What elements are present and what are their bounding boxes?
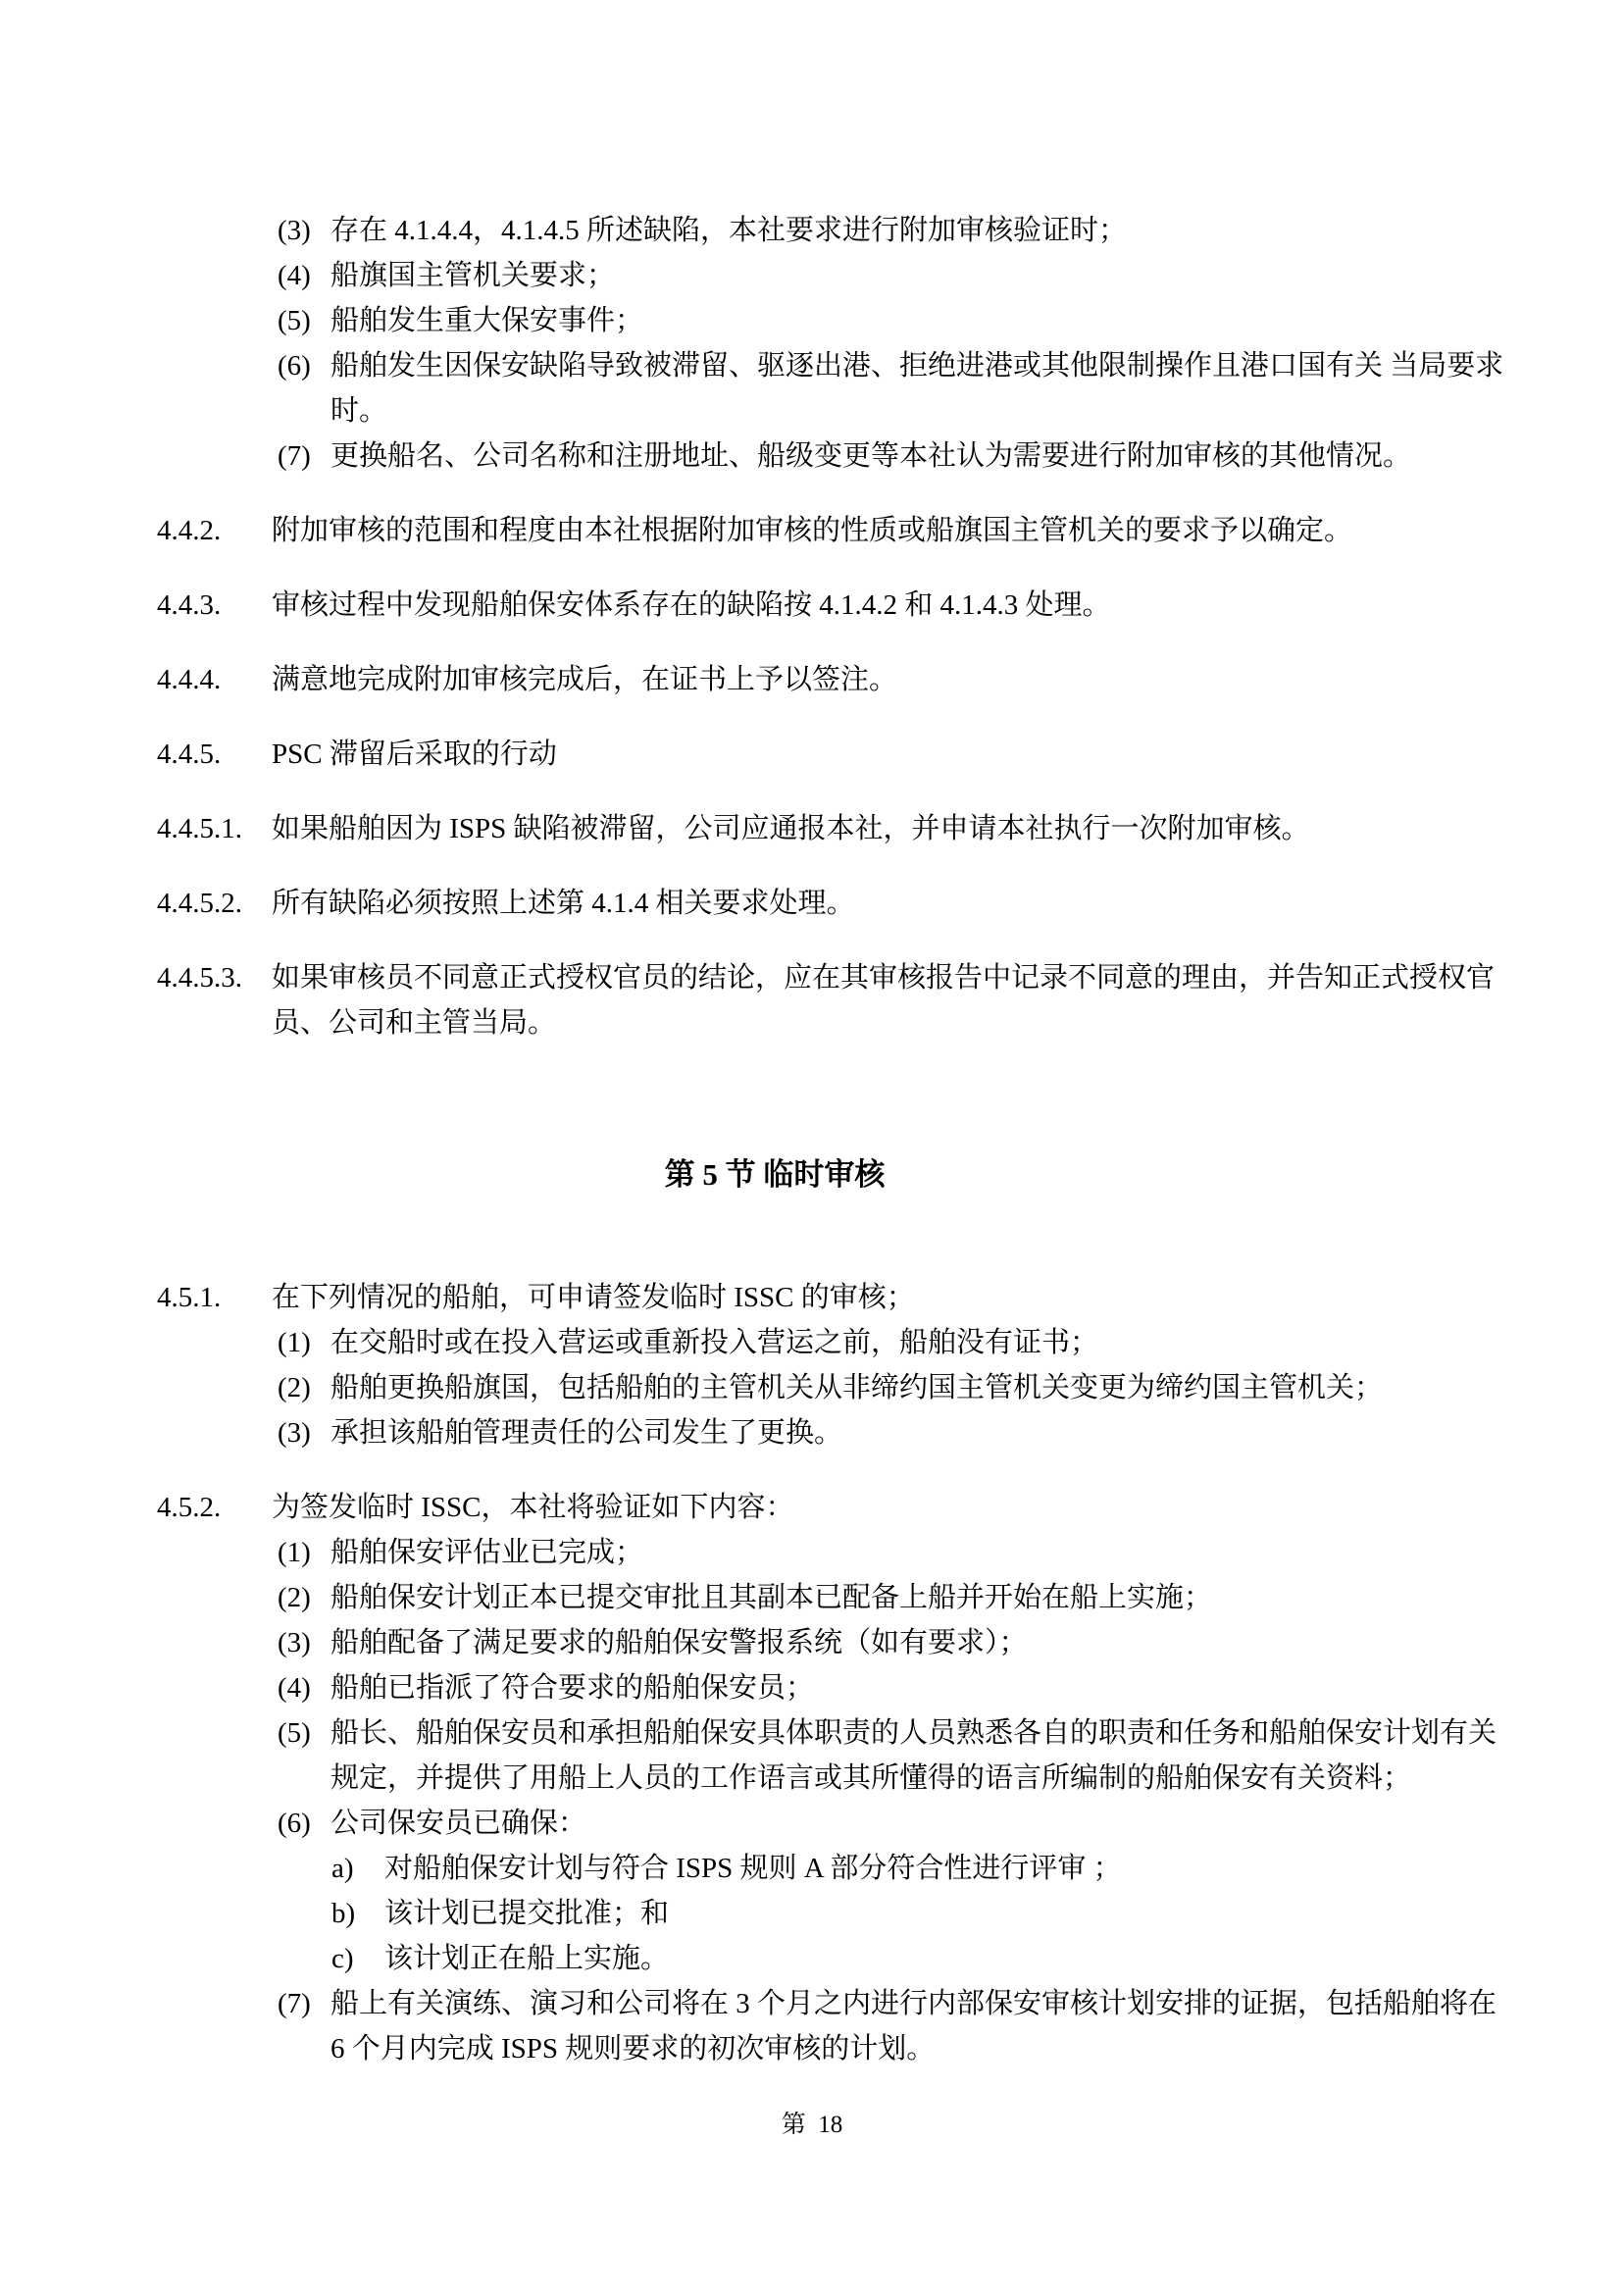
clause-number: 4.4.5.2. [157, 881, 272, 926]
list-item-number: (4) [278, 1665, 330, 1710]
page-number: 第 18 [0, 2111, 1624, 2140]
clause-4-4-5: 4.4.5. PSC 滞留后采取的行动 [157, 732, 1510, 777]
clause-text: 审核过程中发现船舶保安体系存在的缺陷按 4.1.4.2 和 4.1.4.3 处理… [272, 583, 1510, 628]
list-item-text: 船舶保安评估业已完成； [330, 1530, 1510, 1575]
list-item-text: 更换船名、公司名称和注册地址、船级变更等本社认为需要进行附加审核的其他情况。 [330, 433, 1510, 479]
clause-text: 所有缺陷必须按照上述第 4.1.4 相关要求处理。 [272, 881, 1510, 926]
list-item-text: 船舶配备了满足要求的船舶保安警报系统（如有要求）； [330, 1620, 1510, 1665]
list-item-text: 在交船时或在投入营运或重新投入营运之前，船舶没有证书； [330, 1320, 1510, 1365]
list-item: (7) 更换船名、公司名称和注册地址、船级变更等本社认为需要进行附加审核的其他情… [278, 433, 1510, 479]
clause-text: 满意地完成附加审核完成后，在证书上予以签注。 [272, 657, 1510, 702]
list-item-text: 船舶发生重大保安事件； [330, 298, 1510, 343]
clause-4-5-1: 4.5.1. 在下列情况的船舶，可申请签发临时 ISSC 的审核； [157, 1275, 1510, 1320]
clause-4-4-2: 4.4.2. 附加审核的范围和程度由本社根据附加审核的性质或船旗国主管机关的要求… [157, 508, 1510, 553]
list-item-text: 船上有关演练、演习和公司将在 3 个月之内进行内部保安审核计划安排的证据，包括船… [330, 1981, 1510, 2071]
clause-text: 如果审核员不同意正式授权官员的结论，应在其审核报告中记录不同意的理由，并告知正式… [272, 955, 1510, 1045]
list-item: (2) 船舶保安计划正本已提交审批且其副本已配备上船并开始在船上实施； [278, 1575, 1510, 1620]
list-item-number: (5) [278, 298, 330, 343]
list-item-number: (2) [278, 1365, 330, 1410]
list-item-number: (5) [278, 1710, 330, 1801]
clause-4-5-2: 4.5.2. 为签发临时 ISSC，本社将验证如下内容： [157, 1485, 1510, 1530]
clause-number: 4.4.5.1. [157, 806, 272, 851]
clause-number: 4.5.2. [157, 1485, 272, 1530]
list-item-text: 船长、船舶保安员和承担船舶保安具体职责的人员熟悉各自的职责和任务和船舶保安计划有… [330, 1710, 1510, 1801]
sub-list-item: b) 该计划已提交批准；和 [331, 1891, 1510, 1936]
content-area: (3) 存在 4.1.4.4，4.1.4.5 所述缺陷，本社要求进行附加审核验证… [157, 208, 1510, 2071]
clause-text: 在下列情况的船舶，可申请签发临时 ISSC 的审核； [272, 1275, 1510, 1320]
list-item: (5) 船舶发生重大保安事件； [278, 298, 1510, 343]
clause-text: 如果船舶因为 ISPS 缺陷被滞留，公司应通报本社，并申请本社执行一次附加审核。 [272, 806, 1510, 851]
clause-number: 4.4.4. [157, 657, 272, 702]
list-item: (1) 在交船时或在投入营运或重新投入营运之前，船舶没有证书； [278, 1320, 1510, 1365]
clause-4-4-5-3: 4.4.5.3. 如果审核员不同意正式授权官员的结论，应在其审核报告中记录不同意… [157, 955, 1510, 1045]
clause-number: 4.4.2. [157, 508, 272, 553]
list-item-number: (1) [278, 1530, 330, 1575]
list-item-number: (7) [278, 1981, 330, 2071]
clause-4-4-5-1: 4.4.5.1. 如果船舶因为 ISPS 缺陷被滞留，公司应通报本社，并申请本社… [157, 806, 1510, 851]
list-item: (2) 船舶更换船旗国，包括船舶的主管机关从非缔约国主管机关变更为缔约国主管机关… [278, 1365, 1510, 1410]
sub-list-item: c) 该计划正在船上实施。 [331, 1936, 1510, 1981]
list-item-number: (2) [278, 1575, 330, 1620]
list-item-text: 船舶发生因保安缺陷导致被滞留、驱逐出港、拒绝进港或其他限制操作且港口国有关 当局… [330, 343, 1510, 433]
clause-text: 为签发临时 ISSC，本社将验证如下内容： [272, 1485, 1510, 1530]
list-item: (7) 船上有关演练、演习和公司将在 3 个月之内进行内部保安审核计划安排的证据… [278, 1981, 1510, 2071]
list-item-text: 存在 4.1.4.4，4.1.4.5 所述缺陷，本社要求进行附加审核验证时； [330, 208, 1510, 253]
clause-4-4-3: 4.4.3. 审核过程中发现船舶保安体系存在的缺陷按 4.1.4.2 和 4.1… [157, 583, 1510, 628]
list-item-text: 船舶更换船旗国，包括船舶的主管机关从非缔约国主管机关变更为缔约国主管机关； [330, 1365, 1510, 1410]
clause-text: PSC 滞留后采取的行动 [272, 732, 1510, 777]
sub-item-letter: c) [331, 1936, 384, 1981]
list-item-text: 船舶保安计划正本已提交审批且其副本已配备上船并开始在船上实施； [330, 1575, 1510, 1620]
sub-item-text: 对船舶保安计划与符合 ISPS 规则 A 部分符合性进行评审 ； [384, 1846, 1510, 1891]
list-item: (6) 公司保安员已确保： [278, 1801, 1510, 1846]
sub-item-text: 该计划已提交批准；和 [384, 1891, 1510, 1936]
list-item-number: (3) [278, 1410, 330, 1455]
list-item-text: 公司保安员已确保： [330, 1801, 1510, 1846]
sub-item-letter: b) [331, 1891, 384, 1936]
list-item-number: (6) [278, 1801, 330, 1846]
clause-number: 4.4.5.3. [157, 955, 272, 1045]
list-item-text: 船旗国主管机关要求； [330, 253, 1510, 298]
list-item-number: (3) [278, 208, 330, 253]
sub-item-letter: a) [331, 1846, 384, 1891]
clause-4-4-4: 4.4.4. 满意地完成附加审核完成后，在证书上予以签注。 [157, 657, 1510, 702]
continued-list: (3) 存在 4.1.4.4，4.1.4.5 所述缺陷，本社要求进行附加审核验证… [157, 208, 1510, 479]
sub-list-item: a) 对船舶保安计划与符合 ISPS 规则 A 部分符合性进行评审 ； [331, 1846, 1510, 1891]
list-item-text: 承担该船舶管理责任的公司发生了更换。 [330, 1410, 1510, 1455]
clause-number: 4.4.3. [157, 583, 272, 628]
clause-4-4-5-2: 4.4.5.2. 所有缺陷必须按照上述第 4.1.4 相关要求处理。 [157, 881, 1510, 926]
list-item-number: (1) [278, 1320, 330, 1365]
list-item: (4) 船旗国主管机关要求； [278, 253, 1510, 298]
list-item: (3) 存在 4.1.4.4，4.1.4.5 所述缺陷，本社要求进行附加审核验证… [278, 208, 1510, 253]
list-item: (3) 船舶配备了满足要求的船舶保安警报系统（如有要求）； [278, 1620, 1510, 1665]
sub-item-text: 该计划正在船上实施。 [384, 1936, 1510, 1981]
list-item: (3) 承担该船舶管理责任的公司发生了更换。 [278, 1410, 1510, 1455]
list-item-number: (4) [278, 253, 330, 298]
list-item-text: 船舶已指派了符合要求的船舶保安员； [330, 1665, 1510, 1710]
clause-number: 4.4.5. [157, 732, 272, 777]
document-page: (3) 存在 4.1.4.4，4.1.4.5 所述缺陷，本社要求进行附加审核验证… [0, 0, 1624, 2294]
list-item: (5) 船长、船舶保安员和承担船舶保安具体职责的人员熟悉各自的职责和任务和船舶保… [278, 1710, 1510, 1801]
list-item-number: (3) [278, 1620, 330, 1665]
clause-number: 4.5.1. [157, 1275, 272, 1320]
clause-text: 附加审核的范围和程度由本社根据附加审核的性质或船旗国主管机关的要求予以确定。 [272, 508, 1510, 553]
list-item: (6) 船舶发生因保安缺陷导致被滞留、驱逐出港、拒绝进港或其他限制操作且港口国有… [278, 343, 1510, 433]
list-item-number: (6) [278, 343, 330, 433]
list-item: (4) 船舶已指派了符合要求的船舶保安员； [278, 1665, 1510, 1710]
section-heading: 第 5 节 临时审核 [157, 1155, 1393, 1195]
list-item: (1) 船舶保安评估业已完成； [278, 1530, 1510, 1575]
list-item-number: (7) [278, 433, 330, 479]
